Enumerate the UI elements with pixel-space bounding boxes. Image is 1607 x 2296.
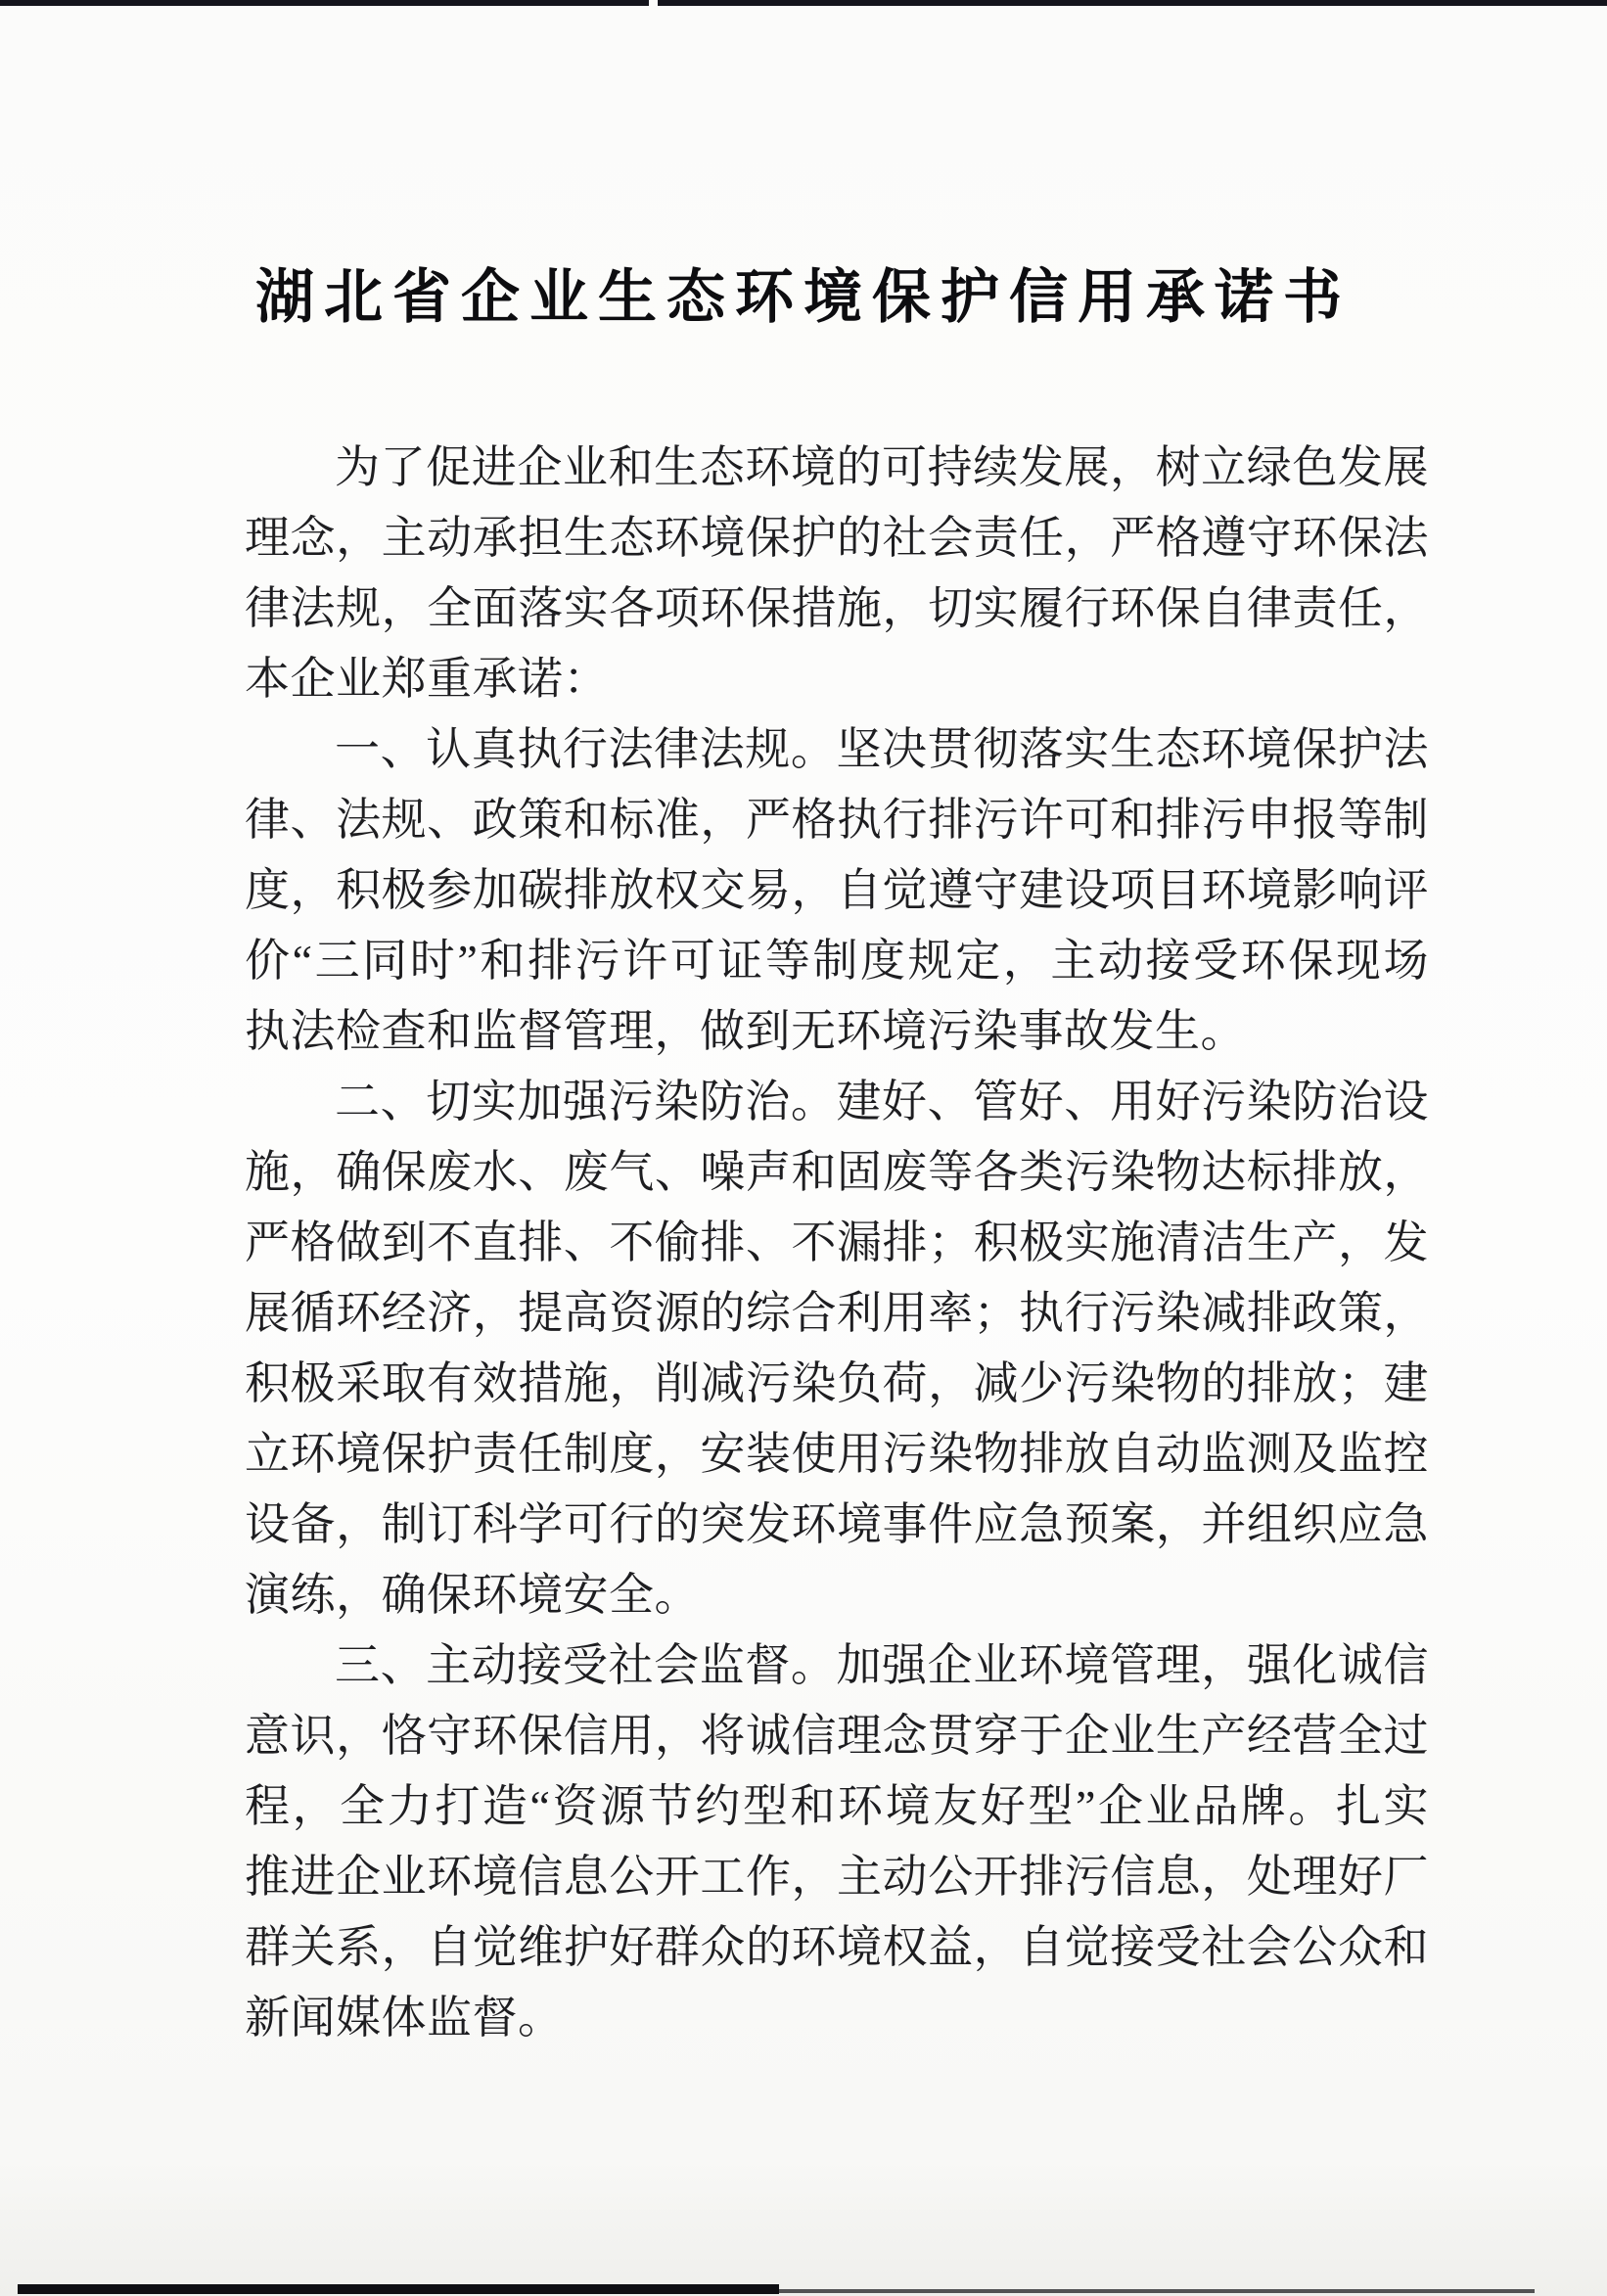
document-title: 湖北省企业生态环境保护信用承诺书	[0, 251, 1607, 335]
scan-edge-bottom-thin-artifact	[779, 2289, 1535, 2293]
document-line: 演练，确保环境安全。	[245, 1560, 1429, 1630]
document-line: 设备，制订科学可行的突发环境事件应急预案，并组织应急	[245, 1490, 1429, 1560]
document-line: 本企业郑重承诺：	[245, 644, 1429, 714]
document-line: 立环境保护责任制度，安装使用污染物排放自动监测及监控	[245, 1419, 1429, 1490]
document-line: 程，全力打造“资源节约型和环境友好型”企业品牌。扎实	[245, 1771, 1429, 1842]
scanned-document-page: 湖北省企业生态环境保护信用承诺书 为了促进企业和生态环境的可持续发展，树立绿色发…	[0, 0, 1607, 2296]
document-body: 为了促进企业和生态环境的可持续发展，树立绿色发展理念，主动承担生态环境保护的社会…	[245, 433, 1429, 2053]
document-line: 推进企业环境信息公开工作，主动公开排污信息，处理好厂	[245, 1842, 1429, 1912]
document-line: 律法规，全面落实各项环保措施，切实履行环保自律责任，	[245, 574, 1429, 644]
scan-edge-top-left-artifact	[0, 0, 649, 6]
document-line: 群关系，自觉维护好群众的环境权益，自觉接受社会公众和	[245, 1912, 1429, 1983]
document-line: 施，确保废水、废气、噪声和固废等各类污染物达标排放，	[245, 1137, 1429, 1208]
document-line: 一、认真执行法律法规。坚决贯彻落实生态环境保护法	[245, 714, 1429, 785]
document-line: 严格做到不直排、不偷排、不漏排；积极实施清洁生产，发	[245, 1208, 1429, 1278]
document-line: 展循环经济，提高资源的综合利用率；执行污染减排政策，	[245, 1278, 1429, 1349]
document-line: 意识，恪守环保信用，将诚信理念贯穿于企业生产经营全过	[245, 1701, 1429, 1771]
document-line: 度，积极参加碳排放权交易，自觉遵守建设项目环境影响评	[245, 855, 1429, 926]
document-line: 执法检查和监督管理，做到无环境污染事故发生。	[245, 996, 1429, 1067]
scan-edge-top-right-artifact	[658, 0, 1607, 6]
document-line: 三、主动接受社会监督。加强企业环境管理，强化诚信	[245, 1630, 1429, 1701]
document-line: 积极采取有效措施，削减污染负荷，减少污染物的排放；建	[245, 1349, 1429, 1419]
document-line: 律、法规、政策和标准，严格执行排污许可和排污申报等制	[245, 785, 1429, 855]
document-line: 二、切实加强污染防治。建好、管好、用好污染防治设	[245, 1067, 1429, 1137]
scan-edge-bottom-main-artifact	[18, 2284, 779, 2294]
document-line: 价“三同时”和排污许可证等制度规定，主动接受环保现场	[245, 926, 1429, 996]
document-line: 为了促进企业和生态环境的可持续发展，树立绿色发展	[245, 433, 1429, 503]
document-line: 理念，主动承担生态环境保护的社会责任，严格遵守环保法	[245, 503, 1429, 574]
document-line: 新闻媒体监督。	[245, 1983, 1429, 2053]
